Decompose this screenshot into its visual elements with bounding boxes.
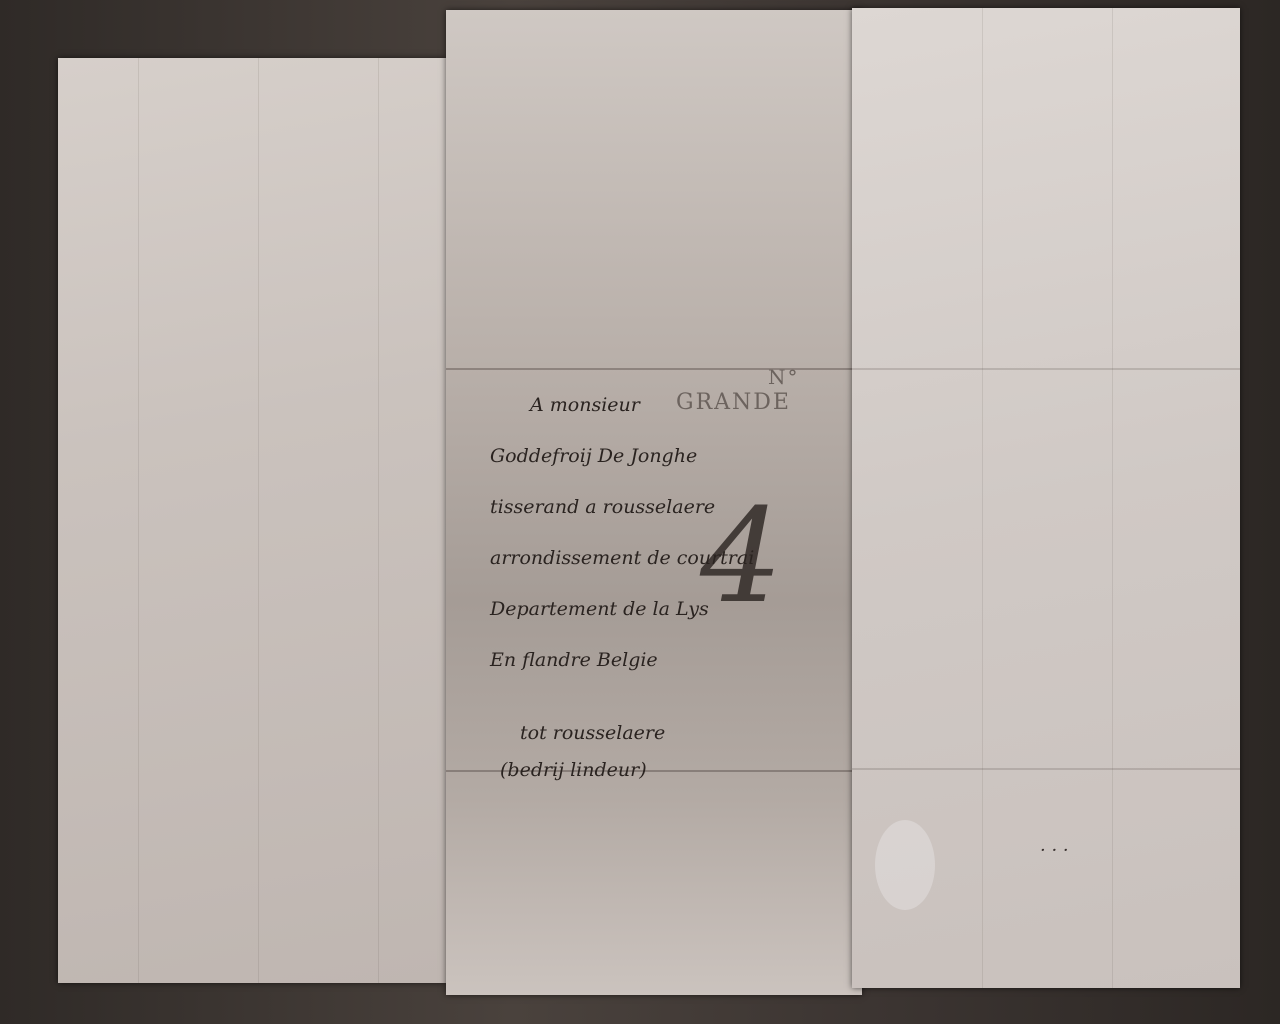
address-line: Departement de la Lys: [490, 584, 850, 635]
address-line: arrondissement de courtrai: [490, 533, 850, 584]
address-line: En flandre Belgie: [490, 635, 850, 686]
address-line: Goddefroij De Jonghe: [490, 431, 850, 482]
address-block: A monsieur Goddefroij De Jonghe tisseran…: [490, 380, 850, 796]
seal-mark: [875, 820, 935, 910]
address-line: tisserand a rousselaere: [490, 482, 850, 533]
left-panel: [58, 58, 446, 983]
fold-line-top: [446, 368, 862, 370]
postal-rate-mark: 4: [700, 480, 783, 632]
annotation-line: (bedrij lindeur): [490, 745, 850, 796]
address-line: A monsieur: [490, 380, 850, 431]
right-panel-marks: · · ·: [1040, 840, 1280, 861]
